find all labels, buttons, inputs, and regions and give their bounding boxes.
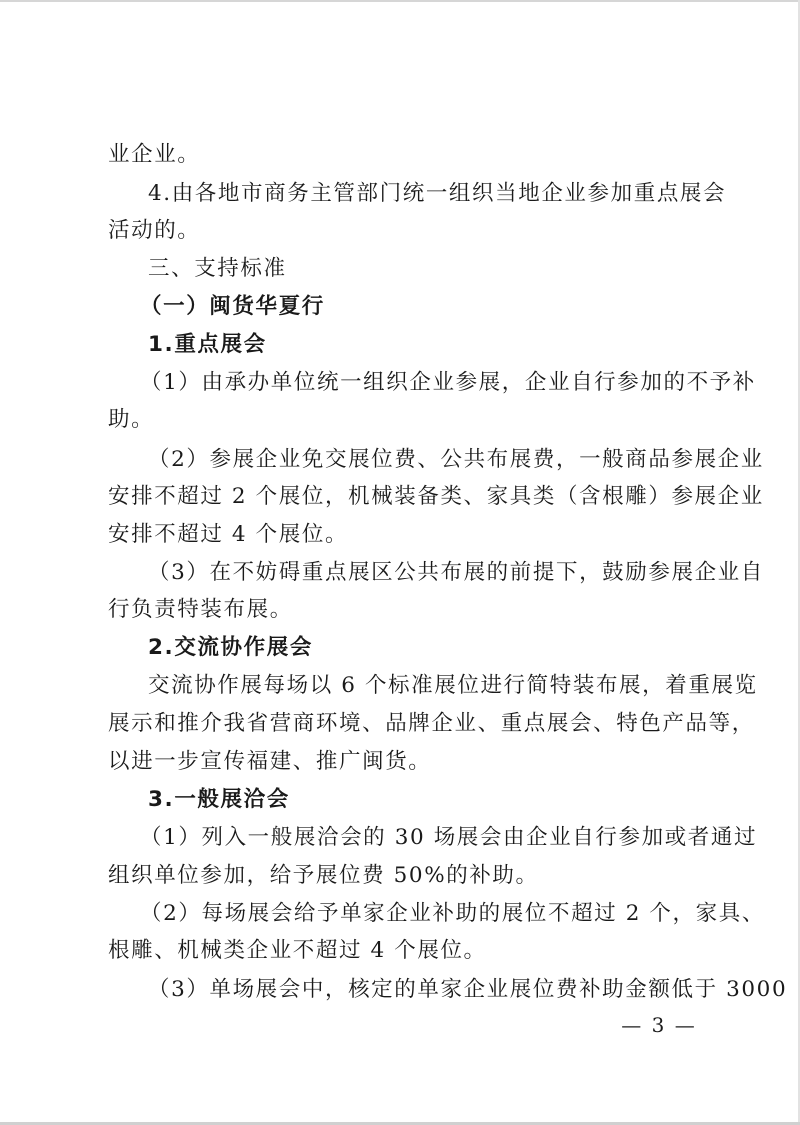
paragraph-line: 助。 <box>108 405 702 435</box>
clause-3-3: （3）单场展会中，核定的单家企业展位费补助金额低于 3000 <box>148 975 702 1005</box>
page-number: — 3 — <box>614 1010 704 1040</box>
paragraph-line: 安排不超过 2 个展位，机械装备类、家具类（含根雕）参展企业 <box>108 482 702 512</box>
clause-1-3: （3）在不妨碍重点展区公共布展的前提下，鼓励参展企业自 <box>148 558 702 588</box>
clause-3-1: （1）列入一般展洽会的 30 场展会由企业自行参加或者通过 <box>140 823 702 853</box>
paragraph-exchange-cooperation: 交流协作展每场以 6 个标准展位进行简特装布展，着重展览 <box>148 671 702 701</box>
item-heading-key-exhibitions: 1.重点展会 <box>148 330 702 360</box>
subsection-heading-minhuo-huaxiaxing: （一）闽货华夏行 <box>140 292 694 322</box>
item-heading-exchange-cooperation: 2.交流协作展会 <box>148 633 702 663</box>
clause-1-1: （1）由承办单位统一组织企业参展，企业自行参加的不予补 <box>140 368 702 398</box>
paragraph-line: 展示和推介我省营商环境、品牌企业、重点展会、特色产品等， <box>108 709 702 739</box>
paragraph-line: 业企业。 <box>108 140 702 170</box>
section-heading-support-standards: 三、支持标准 <box>148 254 702 284</box>
paragraph-line: 行负责特装布展。 <box>108 595 702 625</box>
paragraph-line: 根雕、机械类企业不超过 4 个展位。 <box>108 936 702 966</box>
paragraph-line: 活动的。 <box>108 216 702 246</box>
page-edge-top <box>0 0 800 2</box>
paragraph-line: 组织单位参加，给予展位费 50%的补助。 <box>108 861 702 891</box>
item-heading-general-fairs: 3.一般展洽会 <box>148 785 702 815</box>
clause-3-2: （2）每场展会给予单家企业补助的展位不超过 2 个，家具、 <box>140 899 702 929</box>
clause-1-2: （2）参展企业免交展位费、公共布展费，一般商品参展企业 <box>148 445 702 475</box>
paragraph-line: 安排不超过 4 个展位。 <box>108 520 702 550</box>
paragraph-line: 以进一步宣传福建、推广闽货。 <box>108 747 702 777</box>
list-item-4: 4.由各地市商务主管部门统一组织当地企业参加重点展会 <box>148 179 702 209</box>
